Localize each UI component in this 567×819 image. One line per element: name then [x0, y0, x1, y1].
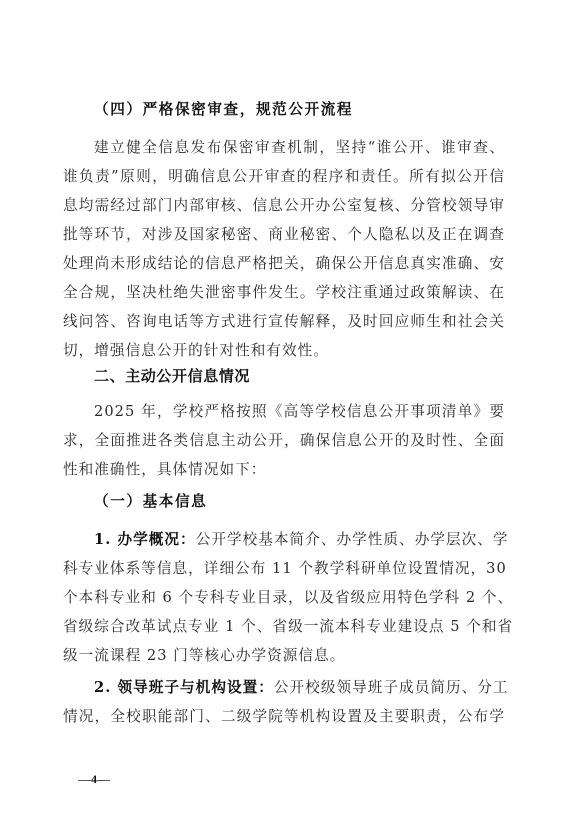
paragraph-line: 谁负责”原则，明确信息公开审查的程序和责任。所有拟公开信	[63, 167, 505, 187]
item-first-line: 2. 领导班子与机构设置：公开校级领导班子成员简历、分工	[63, 678, 505, 698]
item-first-line: 1. 办学概况：公开学校基本简介、办学性质、办学层次、学	[63, 530, 505, 550]
item-text: 公开学校基本简介、办学性质、办学层次、学	[196, 531, 509, 548]
paragraph-line: 省级综合改革试点专业 1 个、省级一流本科专业建设点 5 个和省	[63, 617, 505, 637]
item-text: 公开校级领导班子成员简历、分工	[274, 679, 509, 696]
paragraph-line: 切，增强信息公开的针对性和有效性。	[63, 341, 505, 361]
part-heading-proactive-disclosure: 二、主动公开信息情况	[63, 366, 505, 386]
subsection-heading-basic-info: （一）基本信息	[63, 492, 505, 512]
item-label: 2. 领导班子与机构设置：	[94, 679, 274, 696]
paragraph-line: 息均需经过部门内部审核、信息公开办公室复核、分管校领导审	[63, 196, 505, 216]
paragraph-line: 2025 年，学校严格按照《高等学校信息公开事项清单》要	[63, 402, 505, 422]
dash-decoration	[97, 780, 110, 781]
item-label: 1. 办学概况：	[94, 531, 196, 548]
paragraph-line: 个本科专业和 6 个专科专业目录，以及省级应用特色学科 2 个、	[63, 588, 505, 608]
paragraph-line: 情况，全校职能部门、二级学院等机构设置及主要职责，公布学	[63, 707, 505, 727]
paragraph-line: 线问答、咨询电话等方式进行宣传解释，及时回应师生和社会关	[63, 312, 505, 332]
paragraph-line: 级一流课程 23 门等核心办学资源信息。	[63, 646, 505, 666]
paragraph-line: 建立健全信息发布保密审查机制，坚持“谁公开、谁审查、	[63, 138, 505, 158]
paragraph-line: 求，全面推进各类信息主动公开，确保信息公开的及时性、全面	[63, 431, 505, 451]
section-heading-strict-review: （四）严格保密审查，规范公开流程	[63, 100, 505, 120]
page-number: 4	[78, 770, 110, 788]
paragraph-line: 科专业体系等信息，详细公布 11 个教学科研单位设置情况，30	[63, 559, 505, 579]
paragraph-line: 批等环节，对涉及国家秘密、商业秘密、个人隐私以及正在调查	[63, 225, 505, 245]
paragraph-line: 处理尚未形成结论的信息严格把关，确保公开信息真实准确、安	[63, 254, 505, 274]
paragraph-line: 性和准确性，具体情况如下：	[63, 460, 505, 480]
dash-decoration	[78, 780, 91, 781]
paragraph-line: 全合规，坚决杜绝失泄密事件发生。学校注重通过政策解读、在	[63, 283, 505, 303]
